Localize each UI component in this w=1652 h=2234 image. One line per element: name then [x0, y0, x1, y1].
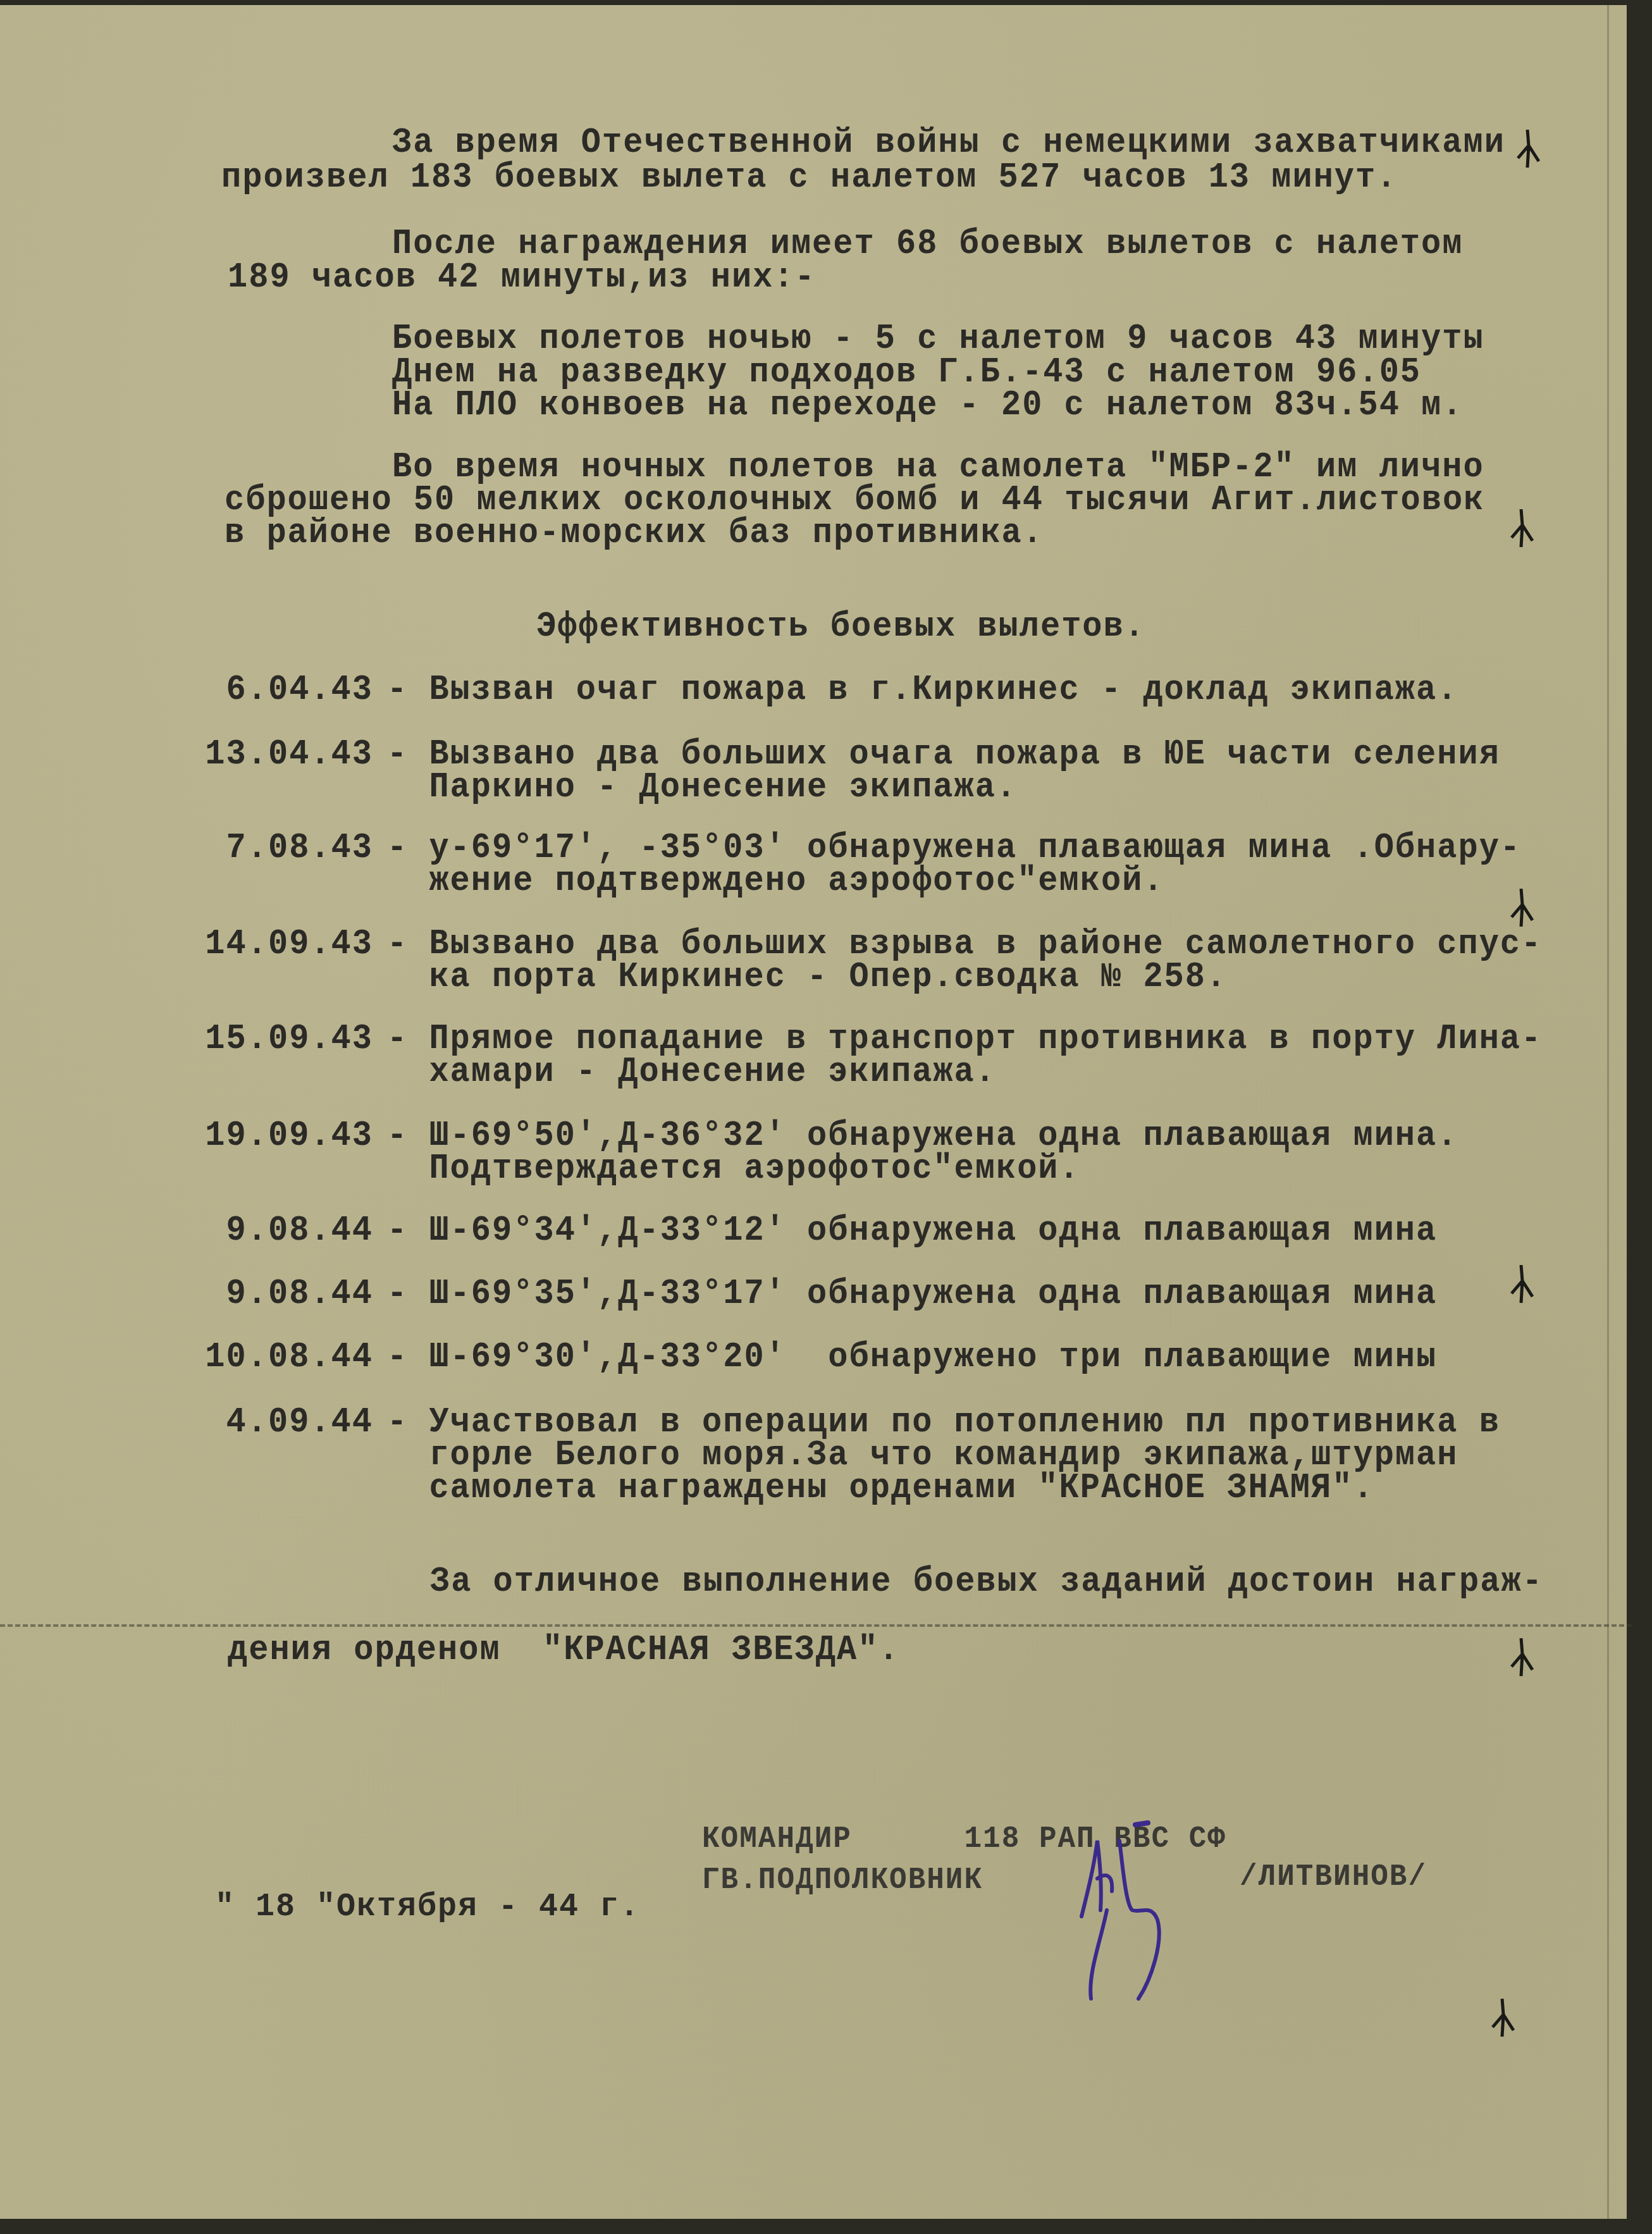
commander-rank: ГВ.ПОДПОЛКОВНИК: [702, 1863, 983, 1898]
entry-date: 4.09.44: [183, 1403, 373, 1442]
punch-hole-tear: [1508, 509, 1534, 547]
entry-text: - Ш-69°30',Д-33°20' обнаружено три плава…: [387, 1338, 1437, 1377]
section-title: Эффективность боевых вылетов.: [536, 607, 1145, 646]
conclusion-line-1: За отличное выполнение боевых заданий до…: [430, 1562, 1543, 1601]
entry-date: 6.04.43: [183, 670, 373, 710]
entry-date: 10.08.44: [183, 1338, 373, 1377]
entry-text: - Ш-69°34',Д-33°12' обнаружена одна плав…: [387, 1211, 1437, 1250]
handwritten-signature: [1063, 1815, 1227, 2005]
entry-text: - Вызван очаг пожара в г.Киркинес - докл…: [387, 670, 1458, 710]
entry-text: ка порта Киркинес - Опер.сводка № 258.: [387, 958, 1227, 997]
punch-hole-tear: [1508, 889, 1534, 927]
punch-hole-tear: [1508, 1265, 1534, 1303]
entry-text: Подтверждается аэрофотос"емкой.: [387, 1149, 1080, 1188]
commander-name: /ЛИТВИНОВ/: [1240, 1860, 1427, 1894]
conclusion-line-2: дения орденом "КРАСНАЯ ЗВЕЗДА".: [228, 1631, 900, 1670]
entry-date: 7.08.43: [183, 829, 373, 868]
document-date: " 18 "Октября - 44 г.: [215, 1888, 640, 1926]
entry-text: - Ш-69°35',Д-33°17' обнаружена одна плав…: [387, 1274, 1437, 1314]
entry-text: Паркино - Донесение экипажа.: [387, 768, 1017, 807]
entry-date: 9.08.44: [183, 1211, 373, 1250]
punch-hole-tear: [1515, 130, 1540, 168]
paragraph-2-line-2: 189 часов 42 минуты,из них:-: [228, 258, 816, 297]
entry-text: самолета награждены орденами "КРАСНОЕ ЗН…: [387, 1469, 1374, 1508]
paragraph-1-line-1: За время Отечественной войны с немецкими…: [392, 123, 1505, 163]
entry-date: 14.09.43: [183, 925, 373, 964]
entry-text: жение подтверждено аэрофотос"емкой.: [387, 861, 1164, 901]
entry-date: 19.09.43: [183, 1116, 373, 1156]
punch-hole-tear: [1489, 1999, 1515, 2037]
entry-date: 9.08.44: [183, 1274, 373, 1314]
paragraph-1-line-2: произвел 183 боевых вылета с налетом 527…: [221, 158, 1397, 197]
entry-date: 13.04.43: [183, 735, 373, 774]
entry-date: 15.09.43: [183, 1020, 373, 1059]
page-fold: [1607, 5, 1609, 2219]
entry-text: хамари - Донесение экипажа.: [387, 1052, 996, 1092]
punch-hole-tear: [1508, 1638, 1534, 1676]
dashed-divider: [0, 1624, 1632, 1627]
paragraph-3-line-3: в районе военно-морских баз противника.: [225, 514, 1044, 553]
breakdown-convoy: На ПЛО конвоев на переходе - 20 с налето…: [392, 386, 1463, 425]
